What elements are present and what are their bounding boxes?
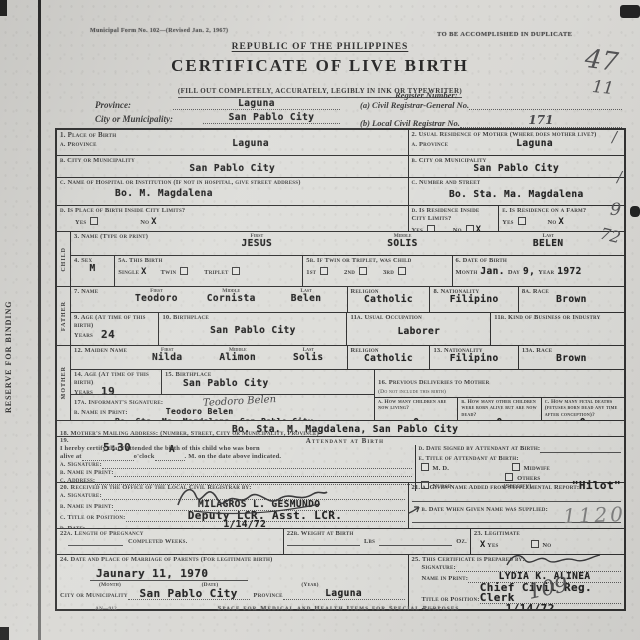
pregnancy-blank	[68, 545, 123, 546]
province-city-block: Province: Laguna City or Municipality: S…	[95, 99, 340, 127]
weight-cell: 22b. Weight at Birth LbsOz.	[284, 529, 471, 554]
father-business-cell: 11b. Kind of Business or Industry	[491, 313, 624, 345]
place-of-birth-province-cell: 1. Place of Birth a. Province Laguna	[57, 130, 409, 155]
prepared-by-cell: 25. This Certificate is Prepared by: Sig…	[409, 555, 624, 609]
mother-name-label: 12. Maiden Name	[74, 347, 132, 368]
child-band-body: 3. Name (Type or print) FirstJESUS Middl…	[71, 232, 624, 286]
residence-limits-cell: d. Is Residence Inside City Limits? Yes …	[409, 206, 500, 231]
father-birthplace-cell: 10. Birthplace San Pablo City	[159, 313, 347, 345]
row-hospital-street: c. Name of Hospital or Institution (If n…	[57, 178, 624, 206]
s2-city-value: San Pablo City	[412, 164, 621, 174]
mother-nationality-value: Filipino	[433, 354, 514, 364]
prepared-position-line: Title or Position:Chief Civil Reg. Clerk	[412, 583, 621, 604]
hospital-label: c. Name of Hospital or Institution (If n…	[60, 179, 405, 187]
mother-age-birthplace: 14. Age (At time of this birth) Years19 …	[71, 370, 374, 395]
single-option: Single X	[118, 268, 146, 277]
residence-limits-options: Yes No X	[412, 225, 496, 231]
received-date-label: d. Date:	[60, 525, 85, 528]
completed-weeks-label: Completed Weeks.	[128, 538, 187, 546]
father-nationality-cell: 8. Nationality Filipino	[430, 287, 518, 312]
s2-city-cell: b. City or Municipality San Pablo City	[409, 156, 624, 177]
father-age-value: 24	[101, 330, 115, 340]
received-date-value: 1/14/72	[223, 520, 266, 528]
fetal-deaths-col: c. How many fetal deaths (fetuses born d…	[542, 398, 624, 421]
scanned-birth-certificate: { "page": { "form_no": "Municipal Form N…	[0, 0, 640, 640]
handwritten-tick: /	[612, 130, 617, 145]
form-number: Municipal Form No. 102—(Revised Jan. 2, …	[90, 28, 228, 34]
checkbox-icon	[518, 217, 526, 225]
row-limits-farm: d. Is Place of Birth Inside City Limits?…	[57, 206, 624, 232]
province-fill: Laguna	[173, 99, 340, 110]
prepared-signature-label: Signature:	[422, 564, 456, 572]
handwritten-47: 47	[583, 46, 619, 76]
supplemental-name-label: 21. a. Given Name Added from Supplementa…	[412, 484, 621, 492]
pregnancy-cell: 22a. Length of Pregnancy Completed Weeks…	[57, 529, 284, 554]
pregnancy-label: 22a. Length of Pregnancy	[60, 530, 280, 538]
received-date-line: d. Date:1/14/72	[60, 522, 405, 528]
mother-residence-province-cell: 2. Usual Residence of Mother (Where does…	[409, 130, 624, 155]
father-religion-value: Catholic	[351, 295, 427, 305]
checkbox-icon	[90, 217, 98, 225]
footer-code: AN—912	[95, 606, 117, 612]
street-label: c. Number and Street	[412, 179, 621, 187]
years-label: Years	[74, 332, 93, 340]
mother-first-name: Nilda	[132, 353, 203, 363]
attendant-signature-blank	[102, 468, 412, 469]
children-living-col: a. How many children are now living? 0	[375, 398, 458, 421]
city-label: City or Municipality:	[95, 114, 203, 124]
father-occupation-cell: 11a. Usual Occupation Laborer	[347, 313, 491, 345]
mother-religion-value: Catholic	[351, 354, 427, 364]
mother-age-line: Years19	[74, 387, 158, 394]
yes-option: Yes	[502, 217, 527, 227]
received-name-label: b. Name in Print:	[60, 503, 114, 511]
mother-left-block: 14. Age (At time of this birth) Years19 …	[71, 370, 375, 420]
duplicate-note: TO BE ACCOMPLISHED IN DUPLICATE	[437, 31, 572, 38]
mother-first-col: FirstNilda	[132, 347, 203, 368]
registrar-general-label: (a) Civil Registrar-General No.	[360, 100, 469, 110]
local-registrar-line: (b) Local Civil Registrar No. 171	[360, 113, 622, 128]
attendant-title-label: e. Title of Attendant at Birth:	[419, 455, 621, 463]
registrar-received-row: 20. Received in the Office of the Local …	[57, 483, 624, 529]
certify-oclock: o'clock	[134, 453, 155, 461]
prepared-position-label: Title or Position:	[422, 596, 480, 604]
this-birth-cell: 5a. This Birth Single X Twin Triplet	[115, 256, 303, 286]
checkbox-icon	[421, 463, 429, 471]
mother-age-cell: 14. Age (At time of this birth) Years19	[71, 370, 162, 394]
dob-label: 6. Date of Birth	[456, 257, 621, 265]
weight-line: LbsOz.	[287, 538, 467, 546]
local-registrar-fill: 171	[460, 113, 622, 128]
certificate-form: 1. Place of Birth a. Province Laguna 2. …	[55, 128, 626, 611]
reserve-for-binding-label: RESERVE FOR BINDING	[4, 228, 13, 413]
informant-address: Bo. Sta. Ma. Magdalena, San Pablo City	[115, 417, 313, 420]
dob-cell: 6. Date of Birth Month Jan. Day 9, Year …	[453, 256, 624, 286]
birth-month: Jan.	[480, 267, 504, 277]
street-cell: c. Number and Street Bo. Sta. Ma. Magdal…	[409, 178, 624, 205]
checkbox-icon	[531, 540, 539, 548]
mother-age-label: 14. Age (At time of this birth)	[74, 371, 158, 387]
row-place-residence-province: 1. Place of Birth a. Province Laguna 2. …	[57, 130, 624, 156]
lbs-blank	[287, 545, 360, 546]
mother-middle-col: MiddleAlimon	[203, 347, 274, 368]
informant-name-line: b. Name in Print: Teodoro Belen	[74, 407, 371, 417]
informant-block: 17a. Informant's Signature: Teodoro Bele…	[71, 395, 374, 420]
certify-rest: . M. on the date above indicated.	[185, 453, 282, 461]
month-label: Month	[456, 269, 478, 277]
s2-province-value: Laguna	[448, 139, 621, 149]
midwife-option: Midwife	[510, 463, 550, 473]
x-mark: X	[480, 540, 486, 550]
fetal-deaths-value: 0	[545, 418, 621, 420]
birth-limits-cell: d. Is Place of Birth Inside City Limits?…	[57, 206, 409, 231]
child-band-text: CHILD	[61, 247, 67, 272]
father-band-text: FATHER	[61, 301, 67, 331]
checkbox-icon	[359, 267, 367, 275]
register-number-label: Register Number:	[395, 90, 622, 100]
father-band-label: FATHER	[57, 287, 71, 345]
second-ordinal: 2nd	[344, 267, 369, 277]
sex-cell: 4. Sex M	[71, 256, 115, 286]
marriage-place-line: City or Municipality San Pablo City Prov…	[60, 589, 405, 600]
father-race-cell: 8a. Race Brown	[519, 287, 624, 312]
mother-religion-cell: Religion Catholic	[348, 346, 431, 369]
mailing-address-row: 18. Mother's Mailing Address: (Number, S…	[57, 421, 624, 437]
father-first-name: Teodoro	[119, 294, 194, 304]
yes-option: Yes	[75, 217, 100, 227]
x-mark: X	[476, 225, 482, 231]
attendant-name-label: b. Name in Print:	[60, 469, 114, 477]
previous-deliveries-label: 16. Previous Deliveries to Mother	[378, 379, 489, 386]
informant-name-label: b. Name in Print:	[74, 409, 128, 417]
father-age-row: 9. Age (At time of this birth) Years24 1…	[71, 313, 624, 345]
informant-signature-line: 17a. Informant's Signature: Teodoro Bele…	[74, 396, 371, 407]
previous-deliveries-columns: a. How many children are now living? 0 b…	[375, 398, 624, 421]
twin-option: Twin	[161, 267, 191, 277]
checkbox-icon	[320, 267, 328, 275]
received-signature-label: a. Signature:	[60, 492, 102, 500]
marriage-city-value: San Pablo City	[139, 589, 237, 599]
father-band-body: 7. Name FirstTeodoro MiddleCornista Last…	[71, 287, 624, 345]
years-label: Years	[74, 389, 93, 394]
birth-limits-label: d. Is Place of Birth Inside City Limits?	[60, 207, 405, 215]
father-birthplace-label: 10. Birthplace	[162, 314, 343, 322]
birth-ampm-value: A	[169, 445, 175, 455]
row-city: b. City or Municipality San Pablo City b…	[57, 156, 624, 178]
supplemental-name-blank	[412, 492, 621, 502]
s2-province-label: a. Province	[412, 141, 449, 149]
informant-signature-label: 17a. Informant's Signature:	[74, 399, 163, 407]
legitimate-cell: 23. Legitimate X Yes No	[471, 529, 624, 554]
attendant-number: 19.	[60, 437, 69, 445]
prepared-name-label: Name in Print:	[422, 575, 469, 583]
s1-city-value: San Pablo City	[60, 164, 405, 174]
received-title: 20. Received in the Office of the Local …	[60, 484, 405, 492]
father-name-label: 7. Name	[74, 288, 119, 311]
legitimate-options: X Yes No	[480, 540, 621, 550]
attendant-signature-line: a. Signature:	[60, 461, 412, 469]
father-first-col: FirstTeodoro	[119, 288, 194, 311]
prepared-title: 25. This Certificate is Prepared by:	[412, 556, 621, 564]
third-ordinal: 3rd	[383, 267, 408, 277]
twin-order-label: 5b. If Twin or Triplet, was Child	[306, 257, 448, 265]
received-block: 20. Received in the Office of the Local …	[57, 483, 409, 528]
residence-limits-label: d. Is Residence Inside City Limits?	[412, 207, 496, 223]
children-living-label: a. How many children are now living?	[378, 399, 454, 412]
day-label: Day	[508, 269, 520, 277]
marriage-city-fill: San Pablo City	[128, 589, 250, 600]
x-mark: X	[141, 267, 147, 277]
mother-band-label: MOTHER	[57, 346, 71, 420]
city-fill: San Pablo City	[203, 113, 340, 124]
children-dead-col: b. How many other children were born ali…	[458, 398, 541, 421]
child-first-col: FirstJESUS	[184, 233, 330, 254]
mother-last-name: Solis	[273, 353, 344, 363]
father-occupation-value: Laborer	[350, 327, 487, 337]
attendant-row: 19. Attendant at Birth I hereby certify …	[57, 437, 624, 483]
checkbox-icon	[398, 267, 406, 275]
handwritten-tick: /	[617, 170, 622, 185]
mother-last-col: LastSolis	[273, 347, 344, 368]
x-mark: X	[558, 217, 564, 227]
certify-line2: alive at o'clock . M. on the date above …	[60, 453, 412, 461]
birth-limits-options: Yes No X	[75, 217, 405, 227]
previous-deliveries-subnote: (Do not include this birth)	[378, 389, 621, 396]
checkbox-icon	[232, 267, 240, 275]
attendant-header-line: 19. Attendant at Birth	[57, 437, 624, 445]
attendant-title-options-1: M. D. Midwife	[419, 463, 621, 473]
mother-race-value: Brown	[522, 354, 621, 364]
certify-alive-at: alive at	[60, 453, 82, 461]
father-band: FATHER 7. Name FirstTeodoro MiddleCornis…	[57, 287, 624, 346]
s2-province-line: a. Province Laguna	[412, 139, 621, 149]
republic-heading: REPUBLIC OF THE PHILIPPINES	[0, 42, 640, 52]
twin-order-options: 1st 2nd 3rd	[306, 267, 448, 277]
mailing-address-cell: 18. Mother's Mailing Address: (Number, S…	[57, 421, 624, 436]
checkbox-icon	[505, 473, 513, 481]
previous-deliveries-block: 16. Previous Deliveries to Mother (Do no…	[375, 370, 624, 420]
s1-province-value: Laguna	[97, 139, 405, 149]
informant-name: Teodoro Belen	[166, 407, 234, 417]
no-option: No X	[140, 218, 156, 227]
mother-name-cell: 12. Maiden Name FirstNilda MiddleAlimon …	[71, 346, 348, 369]
oz-label: Oz.	[456, 538, 467, 546]
yes-option: Yes	[412, 225, 437, 231]
mother-age-deliveries-row: 14. Age (At time of this birth) Years19 …	[71, 370, 624, 420]
child-name-row: 3. Name (Type or print) FirstJESUS Middl…	[71, 232, 624, 256]
yes-option: X Yes	[480, 541, 499, 550]
attendant-name-blank	[114, 476, 412, 477]
mother-band-text: MOTHER	[61, 366, 67, 399]
fetal-deaths-label: c. How many fetal deaths (fetuses born d…	[545, 399, 621, 419]
s1-province-label: a. Province	[60, 141, 97, 149]
birth-year: 1972	[557, 267, 581, 277]
father-last-col: LastBelen	[269, 288, 344, 311]
sex-value: M	[74, 264, 111, 274]
mother-race-cell: 13a. Race Brown	[519, 346, 624, 369]
father-race-value: Brown	[522, 295, 621, 305]
hospital-cell: c. Name of Hospital or Institution (If n…	[57, 178, 409, 205]
child-band-label: CHILD	[57, 232, 71, 286]
informant-address-label: c. Address	[74, 419, 107, 420]
child-first-name: JESUS	[184, 239, 330, 249]
marriage-date-value: Jaunary 11, 1970	[90, 569, 248, 581]
attendant-signature-label: a. Signature:	[60, 461, 102, 469]
children-dead-value: 0	[461, 418, 537, 420]
dob-values: Month Jan. Day 9, Year 1972	[456, 267, 621, 277]
attendant-date-blank	[540, 452, 621, 453]
birth-day: 9,	[523, 267, 535, 277]
child-middle-col: MiddleSOLIS	[330, 233, 476, 254]
province-value: Laguna	[238, 99, 275, 109]
checkbox-icon	[512, 463, 520, 471]
md-option: M. D.	[419, 463, 510, 473]
marriage-label: 24. Date and Place of Marriage of Parent…	[60, 556, 405, 564]
no-option: No X	[548, 218, 564, 227]
mother-age-value: 19	[101, 387, 115, 394]
lbs-label: Lbs	[364, 538, 375, 546]
handwritten-11: 11	[591, 79, 614, 98]
this-birth-label: 5a. This Birth	[118, 257, 299, 265]
oz-blank	[379, 545, 452, 546]
hospital-value: Bo. M. Magdalena	[115, 189, 405, 199]
marriage-province-value: Laguna	[325, 589, 362, 599]
attendant-date-line: d. Date Signed by Attendant at Birth:	[419, 445, 621, 453]
father-business-label: 11b. Kind of Business or Industry	[494, 314, 621, 322]
checkbox-icon	[180, 267, 188, 275]
ampm-blank	[155, 460, 185, 461]
first-ordinal: 1st	[306, 267, 330, 277]
local-registrar-label: (b) Local Civil Registrar No.	[360, 118, 460, 128]
weight-label: 22b. Weight at Birth	[287, 530, 467, 538]
previous-deliveries-header: 16. Previous Deliveries to Mother (Do no…	[375, 370, 624, 398]
s1-city-cell: b. City or Municipality San Pablo City	[57, 156, 409, 177]
registrar-general-line: (a) Civil Registrar-General No.	[360, 100, 622, 110]
mother-birthplace-value: San Pablo City	[183, 379, 371, 389]
child-sex-birth-row: 4. Sex M 5a. This Birth Single X Twin Tr…	[71, 256, 624, 286]
marriage-province-fill: Laguna	[283, 589, 405, 600]
informant-address-line: c. Address Bo. Sta. Ma. Magdalena, San P…	[74, 417, 371, 420]
mother-middle-name: Alimon	[203, 353, 274, 363]
marriage-cell: 24. Date and Place of Marriage of Parent…	[57, 555, 409, 609]
no-option: No X	[453, 225, 481, 231]
child-middle-name: SOLIS	[330, 239, 476, 249]
mailing-address-value: Bo. Sta. M. Magdalena, San Pablo City	[232, 425, 458, 435]
father-middle-col: MiddleCornista	[194, 288, 269, 311]
registrar-general-fill	[469, 109, 622, 110]
father-age-line: Years24	[74, 330, 155, 340]
twin-order-cell: 5b. If Twin or Triplet, was Child 1st 2n…	[303, 256, 452, 286]
mother-birthplace-cell: 15. Birthplace San Pablo City	[162, 370, 374, 394]
handwritten-1120: 1120	[563, 504, 627, 526]
checkbox-icon	[427, 225, 435, 231]
legitimate-label: 23. Legitimate	[474, 530, 621, 538]
child-band: CHILD 3. Name (Type or print) FirstJESUS…	[57, 232, 624, 287]
farm-label: e. Is Residence on a Farm?	[502, 207, 621, 215]
children-dead-label: b. How many other children were born ali…	[461, 399, 537, 419]
attendant-date-label: d. Date Signed by Attendant at Birth:	[419, 445, 541, 453]
children-living-value: 0	[378, 418, 454, 420]
footer-note: Space for Medical and Health Items for S…	[55, 605, 622, 612]
father-middle-name: Cornista	[194, 294, 269, 304]
father-last-name: Belen	[269, 294, 344, 304]
street-value: Bo. Sta. Ma. Magdalena	[412, 190, 621, 200]
father-occupation-label: 11a. Usual Occupation	[350, 314, 487, 322]
father-name-row: 7. Name FirstTeodoro MiddleCornista Last…	[71, 287, 624, 313]
attendant-name-line: b. Name in Print:	[60, 469, 412, 477]
scan-artifact	[0, 0, 7, 16]
pregnancy-weight-row: 22a. Length of Pregnancy Completed Weeks…	[57, 529, 624, 555]
mother-band: MOTHER 12. Maiden Name FirstNilda Middle…	[57, 346, 624, 421]
marriage-province-label: Province	[254, 592, 283, 600]
province-line: Province: Laguna	[95, 99, 340, 110]
pregnancy-line: Completed Weeks.	[68, 538, 280, 546]
marriage-city-label: City or Municipality	[60, 592, 128, 600]
no-option: No	[529, 540, 552, 550]
city-line: City or Municipality: San Pablo City	[95, 113, 340, 124]
checkbox-icon	[466, 225, 474, 231]
mother-band-body: 12. Maiden Name FirstNilda MiddleAlimon …	[71, 346, 624, 420]
father-birthplace-value: San Pablo City	[162, 326, 343, 336]
year-label: Year	[538, 269, 554, 277]
scan-artifact	[630, 206, 640, 217]
triplet-option: Triplet	[204, 267, 242, 277]
mother-nationality-cell: 13. Nationality Filipino	[430, 346, 518, 369]
scan-artifact	[620, 5, 640, 18]
handwritten-72: 72	[598, 226, 622, 246]
attendant-header: Attendant at Birth	[69, 437, 621, 445]
father-religion-cell: Religion Catholic	[348, 287, 431, 312]
this-birth-options: Single X Twin Triplet	[118, 267, 299, 277]
local-registrar-number: 171	[528, 113, 553, 127]
father-age-cell: 9. Age (At time of this birth) Years24	[71, 313, 159, 345]
certificate-title: CERTIFICATE OF LIVE BIRTH	[0, 56, 640, 76]
received-date-fill: 1/14/72	[85, 522, 404, 528]
handwritten-9: 9	[609, 202, 621, 220]
received-position-label: c. Title or Position:	[60, 514, 126, 522]
father-name-cell: 7. Name FirstTeodoro MiddleCornista Last…	[71, 287, 348, 312]
mother-name-row: 12. Maiden Name FirstNilda MiddleAlimon …	[71, 346, 624, 370]
scan-artifact	[0, 627, 9, 640]
city-value: San Pablo City	[229, 113, 315, 123]
father-nationality-value: Filipino	[433, 295, 514, 305]
child-name-label: 3. Name (Type or print)	[74, 233, 184, 254]
province-label: Province:	[95, 100, 173, 110]
s1-province-line: a. Province Laguna	[60, 139, 405, 149]
register-number-block: Register Number: (a) Civil Registrar-Gen…	[360, 90, 622, 131]
child-name-cell: 3. Name (Type or print) FirstJESUS Middl…	[71, 232, 624, 255]
x-mark: X	[151, 217, 157, 227]
birth-time-value: 5:30	[103, 443, 131, 453]
